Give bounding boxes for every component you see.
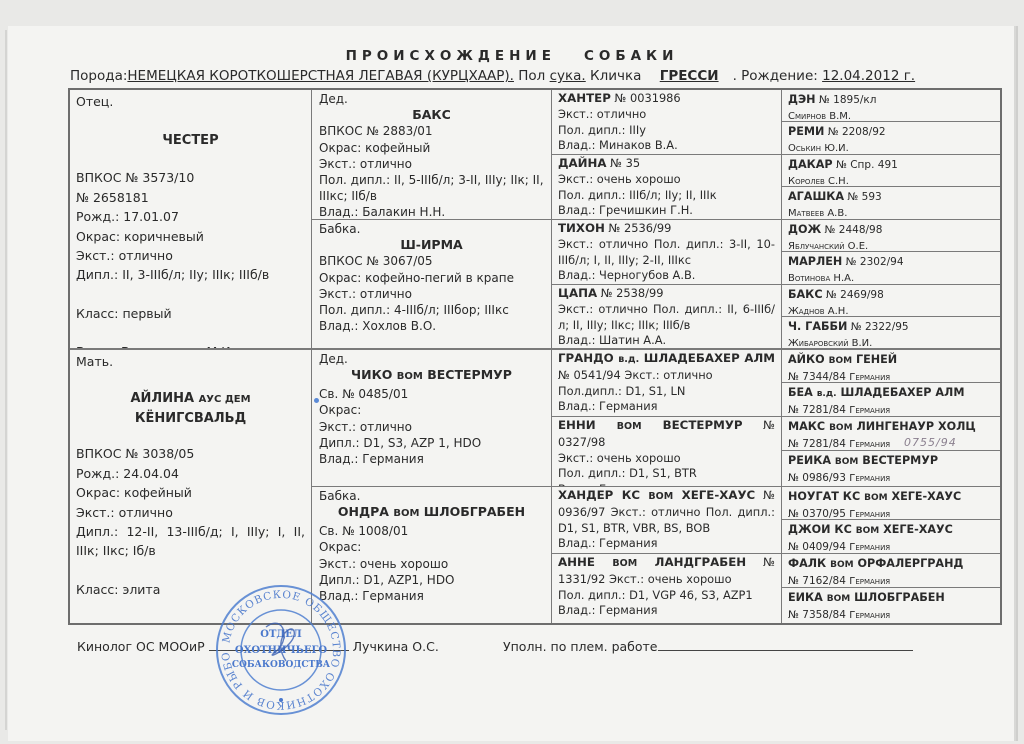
great-grandparent-detail: Экст.: очень хорошо bbox=[558, 172, 775, 188]
gggp-header: ДЭН № 1895/кл bbox=[788, 92, 994, 108]
ggp-name-prefix: ВОМ bbox=[612, 558, 637, 569]
gggp-header: МАРЛЕН № 2302/94 bbox=[788, 254, 994, 270]
gggp-owner-line: Матвеев А.В. bbox=[788, 205, 994, 220]
ggp-name-main: ДАЙНА bbox=[558, 156, 607, 170]
gggp-name-prefix: ВОМ bbox=[856, 526, 879, 536]
great-great-grandparent-cell: Ч. ГАББИ № 2322/95 Жибаровский В.И. bbox=[782, 317, 1000, 350]
grandparent-name-main: БАКС bbox=[412, 107, 451, 122]
grandparent-detail: ВПКОС № 3067/05 bbox=[319, 253, 544, 269]
gggp-name-main: БАКС bbox=[788, 288, 823, 301]
great-great-grandparent-cell: НОУГАТ КС ВОМ ХЕГЕ-ХАУС № 0370/95 Герман… bbox=[782, 487, 1000, 520]
great-grandparent-name: ТИХОН bbox=[558, 221, 605, 235]
mother-name: АЙЛИНА АУС ДЕМ КЁНИГСВАЛЬД bbox=[76, 389, 305, 428]
gggp-owner: Германия bbox=[849, 473, 890, 484]
gggp-name-main: Ч. ГАББИ bbox=[788, 320, 847, 333]
gggp-name-kennel: ХЕГЕ-ХАУС bbox=[883, 523, 953, 536]
great-grandparent-reg: № 2538/99 bbox=[601, 286, 664, 300]
grandparent-detail: Окрас: bbox=[319, 402, 544, 418]
gggp-reg: № 7281/84 bbox=[788, 438, 846, 450]
gggp-name: ДЭН bbox=[788, 93, 816, 106]
gggp-name-main: БЕА bbox=[788, 386, 813, 399]
great-grandparent-reg: № 0031986 bbox=[614, 91, 680, 105]
gggp-name: РЕМИ bbox=[788, 125, 824, 138]
pedigree-table: Отец. ЧЕСТЕР ВПКОС № 3573/10№ 2658181Рож… bbox=[68, 88, 1002, 625]
gggp-name-prefix: ВОМ bbox=[830, 560, 853, 570]
sex-value: сука. bbox=[550, 68, 586, 84]
svg-text:ОТДЕЛ: ОТДЕЛ bbox=[260, 629, 302, 640]
gggp-owner: Германия bbox=[849, 610, 890, 621]
gggp-owner: Жибаровский В.И. bbox=[788, 338, 872, 349]
grandparent-detail: Окрас: кофейно-пегий в крапе bbox=[319, 270, 544, 286]
great-grandparent-detail: Экст.: очень хорошо bbox=[558, 451, 775, 467]
gggp-header: РЕИКА ВОМ ВЕСТЕРМУР bbox=[788, 453, 994, 470]
gggp-owner: Оськин Ю.И. bbox=[788, 143, 849, 154]
breeding-signature: Уполн. по плем. работе bbox=[503, 638, 913, 654]
grandparent-name-prefix: ВОМ bbox=[393, 508, 419, 519]
great-grandparent-detail: Влад.: Гречишкин Г.Н. bbox=[558, 203, 775, 219]
gggp-header: РЕМИ № 2208/92 bbox=[788, 124, 994, 140]
gggp-owner: Германия bbox=[849, 542, 890, 553]
ggp-name-kennel: ВЕСТЕРМУР bbox=[663, 418, 743, 432]
grandparent-detail: Экст.: отлично bbox=[319, 156, 544, 172]
great-grandparent-detail: Влад.: Шатин А.А. bbox=[558, 333, 775, 349]
ggp-name-prefix: ВОМ bbox=[648, 491, 673, 502]
sheet-edge bbox=[5, 30, 7, 730]
detail-line: № 2658181 bbox=[76, 188, 305, 207]
breeding-signature-line bbox=[658, 638, 913, 651]
birth-value: 12.04.2012 г. bbox=[822, 68, 915, 84]
father-role: Отец. bbox=[76, 92, 305, 111]
gggp-name: БАКС bbox=[788, 288, 823, 301]
gggp-owner-line: № 0370/95 Германия bbox=[788, 506, 994, 520]
gggp-header: АЙКО ВОМ ГЕНЕЙ bbox=[788, 352, 994, 369]
great-grandparent-name: ГРАНДО в.д. ШЛАДЕБАХЕР АЛМ bbox=[558, 351, 775, 365]
gggp-owner: Вотинова Н.А. bbox=[788, 273, 854, 284]
great-grandparent-name: ЕННИ ВОМ ВЕСТЕРМУР bbox=[558, 418, 743, 432]
gggp-name-kennel: ГЕНЕЙ bbox=[856, 353, 897, 366]
great-grandparent-header: ДАЙНА № 35 bbox=[558, 156, 775, 172]
great-grandparent-cell: ЦАПА № 2538/99 Экст.: отлично Пол. дипл.… bbox=[552, 285, 782, 350]
gggp-reg: № 0370/95 bbox=[788, 508, 846, 520]
grandparent-cell: Бабка. ОНДРА ВОМ ШЛОБГРАБЕН Св. № 1008/0… bbox=[312, 487, 552, 623]
title-word-dog: СОБАКИ bbox=[584, 48, 678, 64]
gggp-name: МАКС ВОМ ЛИНГЕНАУР ХОЛЦ bbox=[788, 420, 976, 433]
grandparent-name-main: ОНДРА bbox=[338, 504, 389, 519]
detail-line: Рожд.: 24.04.04 bbox=[76, 464, 305, 483]
great-great-grandparent-cell: БАКС № 2469/98 Жаднов А.Н. bbox=[782, 285, 1000, 317]
gggp-owner: Германия bbox=[849, 405, 890, 416]
great-grandparent-detail: Влад.: Минаков В.А. bbox=[558, 138, 775, 154]
gggp-name: ФАЛК ВОМ ОРФАЛЕРГРАНД bbox=[788, 557, 963, 570]
great-grandparent-detail: Пол. дипл.: D1, S1, BTR bbox=[558, 466, 775, 482]
gggp-name: НОУГАТ КС ВОМ ХЕГЕ-ХАУС bbox=[788, 490, 961, 503]
gggp-owner: Смирнов В.М. bbox=[788, 111, 851, 122]
mother-details: ВПКОС № 3038/05Рожд.: 24.04.04Окрас: коф… bbox=[76, 444, 305, 560]
grandparent-cell: Дед. ЧИКО ВОМ ВЕСТЕРМУР Св. № 0485/01Окр… bbox=[312, 350, 552, 487]
gggp-header: ДАКАР № Спр. 491 bbox=[788, 157, 994, 173]
great-grandparent-detail: Экст.: отлично bbox=[558, 107, 775, 123]
grandparent-detail: ВПКОС № 2883/01 bbox=[319, 123, 544, 139]
gggp-owner-line: Жаднов А.Н. bbox=[788, 303, 994, 317]
gggp-name: ДЖОИ КС ВОМ ХЕГЕ-ХАУС bbox=[788, 523, 953, 536]
detail-line: ВПКОС № 3038/05 bbox=[76, 444, 305, 463]
great-grandparent-reg: № 35 bbox=[610, 156, 640, 170]
gggp-name-main: ДАКАР bbox=[788, 158, 833, 171]
father-class: Класс: первый bbox=[76, 304, 305, 323]
gggp-name-main: ДЖОИ КС bbox=[788, 523, 852, 536]
gggp-owner-line: № 7344/84 Германия bbox=[788, 369, 994, 383]
gggp-owner-line: № 7358/84 Германия bbox=[788, 607, 994, 623]
grandparent-detail: Экст.: отлично bbox=[319, 286, 544, 302]
mother-name-main: АЙЛИНА bbox=[130, 391, 194, 406]
grandparent-detail: Пол. дипл.: 4-IIIб/л; IIIбор; IIIкс bbox=[319, 302, 544, 318]
dog-info-line: Порода:НЕМЕЦКАЯ КОРОТКОШЕРСТНАЯ ЛЕГАВАЯ … bbox=[70, 68, 915, 84]
great-grandparent-detail: Влад.: Германия bbox=[558, 399, 775, 415]
ggp-name-kennel: ШЛАДЕБАХЕР АЛМ bbox=[644, 351, 775, 365]
gggp-reg: № 1895/кл bbox=[819, 94, 877, 106]
great-grandparent-reg: № 2536/99 bbox=[609, 221, 672, 235]
great-grandparent-header: ТИХОН № 2536/99 bbox=[558, 221, 775, 237]
mother-name-kennel: КЁНИГСВАЛЬД bbox=[135, 411, 246, 426]
great-grandparent-cell: ГРАНДО в.д. ШЛАДЕБАХЕР АЛМ № 0541/94 Экс… bbox=[552, 350, 782, 417]
gggp-reg: № 2322/95 bbox=[851, 321, 909, 333]
gggp-reg: № Спр. 491 bbox=[836, 159, 898, 171]
mother-role: Мать. bbox=[76, 352, 305, 371]
gggp-name-main: ДЭН bbox=[788, 93, 816, 106]
gggp-name: РЕИКА ВОМ ВЕСТЕРМУР bbox=[788, 454, 938, 467]
grandparent-role: Дед. bbox=[319, 91, 544, 107]
grandparent-detail: Пол. дипл.: II, 5-IIIб/л; 3-II, IIIу; II… bbox=[319, 172, 544, 204]
great-grandparent-detail: Экст.: отлично Пол. дипл.: 3-II, 10-IIIб… bbox=[558, 237, 775, 269]
gggp-name: МАРЛЕН bbox=[788, 255, 842, 268]
gggp-name-prefix: ВОМ bbox=[827, 594, 850, 604]
gggp-name-main: МАРЛЕН bbox=[788, 255, 842, 268]
gggp-name-main: ДОЖ bbox=[788, 223, 821, 236]
grandparent-name: ОНДРА ВОМ ШЛОБГРАБЕН bbox=[319, 504, 544, 522]
great-great-grandparent-cell: РЕИКА ВОМ ВЕСТЕРМУР № 0986/93 Германия bbox=[782, 451, 1000, 487]
great-grandparent-name: ДАЙНА bbox=[558, 156, 607, 170]
gggp-reg: № 7344/84 bbox=[788, 371, 846, 383]
detail-line: ВПКОС № 3573/10 bbox=[76, 168, 305, 187]
grandparent-detail: Св. № 1008/01 bbox=[319, 523, 544, 539]
gggp-reg: № 0986/93 bbox=[788, 472, 846, 484]
great-great-grandparent-cell: БЕА в.д. ШЛАДЕБАХЕР АЛМ № 7281/84 Герман… bbox=[782, 383, 1000, 417]
great-great-grandparent-cell: ФАЛК ВОМ ОРФАЛЕРГРАНД № 7162/84 Германия bbox=[782, 554, 1000, 588]
grandparent-name-prefix: ВОМ bbox=[397, 371, 423, 382]
gggp-header: НОУГАТ КС ВОМ ХЕГЕ-ХАУС bbox=[788, 489, 994, 506]
grandparent-detail: Экст.: отлично bbox=[319, 419, 544, 435]
gggp-owner-line: № 7281/84 Германия bbox=[788, 402, 994, 417]
gggp-name-prefix: в.д. bbox=[817, 389, 837, 399]
great-grandparent-detail: Влад.: Германия bbox=[558, 536, 775, 552]
great-great-grandparent-cell: ДОЖ № 2448/98 Яблучанский О.Е. bbox=[782, 220, 1000, 252]
gggp-owner-line: № 7281/84 Германия bbox=[788, 436, 994, 451]
gggp-name: Ч. ГАББИ bbox=[788, 320, 847, 333]
great-grandparent-detail: Пол.дипл.: D1, S1, LN bbox=[558, 384, 775, 400]
grandparent-detail: Окрас: кофейный bbox=[319, 140, 544, 156]
great-grandparent-detail: Пол. дипл.: IIIб/л; IIу; II, IIIк bbox=[558, 188, 775, 204]
great-grandparent-name: ХАНДЕР КС ВОМ ХЕГЕ-ХАУС bbox=[558, 488, 755, 502]
grandparent-detail: Влад.: Германия bbox=[319, 451, 544, 467]
great-great-grandparent-cell: МАКС ВОМ ЛИНГЕНАУР ХОЛЦ № 7281/84 Герман… bbox=[782, 417, 1000, 451]
gggp-name: АЙКО ВОМ ГЕНЕЙ bbox=[788, 353, 897, 366]
gggp-name-prefix: ВОМ bbox=[829, 423, 852, 433]
nickname-label: Кличка bbox=[590, 68, 641, 84]
birth-label: . Рождение: bbox=[733, 68, 818, 84]
gggp-owner-line: № 0986/93 Германия bbox=[788, 470, 994, 487]
gggp-header: БАКС № 2469/98 bbox=[788, 287, 994, 303]
gggp-header: АГАШКА № 593 bbox=[788, 189, 994, 205]
gggp-name: ДАКАР bbox=[788, 158, 833, 171]
gggp-owner: Германия bbox=[849, 509, 890, 520]
detail-line: Дипл.: 12-II, 13-IIIб/д; I, IIIу; I, II,… bbox=[76, 522, 305, 561]
ggp-name-kennel: ХЕГЕ-ХАУС bbox=[682, 488, 756, 502]
gggp-name-main: АГАШКА bbox=[788, 190, 844, 203]
gggp-name-kennel: ШЛОБГРАБЕН bbox=[854, 591, 945, 604]
gggp-name: БЕА в.д. ШЛАДЕБАХЕР АЛМ bbox=[788, 386, 964, 399]
great-grandparent-header: ХАНТЕР № 0031986 bbox=[558, 91, 775, 107]
gggp-name-main: НОУГАТ КС bbox=[788, 490, 860, 503]
great-grandparent-detail: Влад.: Германия bbox=[558, 603, 775, 619]
great-grandparent-reg: № 0541/94 Экст.: отлично bbox=[558, 368, 713, 382]
gggp-owner-line: Жибаровский В.И. bbox=[788, 335, 994, 350]
grandparent-role: Бабка. bbox=[319, 488, 544, 504]
gggp-owner: Королев С.Н. bbox=[788, 176, 849, 187]
gggp-owner: Жаднов А.Н. bbox=[788, 306, 849, 317]
great-great-grandparent-cell: ДАКАР № Спр. 491 Королев С.Н. bbox=[782, 155, 1000, 187]
cynologist-label: Кинолог ОС МООиР bbox=[77, 639, 205, 654]
great-grandparent-header: ЕННИ ВОМ ВЕСТЕРМУР № 0327/98 bbox=[558, 418, 775, 451]
detail-line: Экст.: отлично bbox=[76, 246, 305, 265]
grandparent-detail: Дипл.: D1, AZP1, HDO bbox=[319, 572, 544, 588]
gggp-header: ДЖОИ КС ВОМ ХЕГЕ-ХАУС bbox=[788, 522, 994, 539]
grandparent-name: Ш-ИРМА bbox=[319, 237, 544, 253]
gggp-owner: Яблучанский О.Е. bbox=[788, 241, 868, 252]
gggp-reg: № 2448/98 bbox=[825, 224, 883, 236]
ggp-name-main: ЕННИ bbox=[558, 418, 596, 432]
great-great-grandparent-cell: АГАШКА № 593 Матвеев А.В. bbox=[782, 187, 1000, 220]
gggp-owner-line: Оськин Ю.И. bbox=[788, 140, 994, 155]
handwritten-note: 0755/94 bbox=[904, 436, 957, 449]
father-owner: Влад.: Владимиров М.И. bbox=[76, 342, 305, 350]
great-great-grandparent-cell: ЕИКА ВОМ ШЛОБГРАБЕН № 7358/84 Германия bbox=[782, 588, 1000, 623]
gggp-name: ЕИКА ВОМ ШЛОБГРАБЕН bbox=[788, 591, 945, 604]
grandparent-name: ЧИКО ВОМ ВЕСТЕРМУР bbox=[319, 367, 544, 385]
sex-label: Пол bbox=[518, 68, 545, 84]
gggp-owner-line: № 7162/84 Германия bbox=[788, 573, 994, 588]
gggp-name-main: АЙКО bbox=[788, 353, 825, 366]
great-grandparent-cell: ЕННИ ВОМ ВЕСТЕРМУР № 0327/98 Экст.: очен… bbox=[552, 417, 782, 487]
great-grandparent-header: ЦАПА № 2538/99 bbox=[558, 286, 775, 302]
grandparent-detail: Влад.: Хохлов В.О. bbox=[319, 318, 544, 334]
father-cell: Отец. ЧЕСТЕР ВПКОС № 3573/10№ 2658181Рож… bbox=[70, 90, 312, 350]
great-grandparent-detail: Экст.: отлично Пол. дипл.: II, 6-IIIб/л;… bbox=[558, 302, 775, 334]
great-grandparent-name: ЦАПА bbox=[558, 286, 597, 300]
ggp-name-main: ЦАПА bbox=[558, 286, 597, 300]
great-grandparent-header: ХАНДЕР КС ВОМ ХЕГЕ-ХАУС № 0936/97 Экст.:… bbox=[558, 488, 775, 536]
grandparent-detail: Дипл.: D1, S3, AZP 1, HDO bbox=[319, 435, 544, 451]
gggp-reg: № 2302/94 bbox=[846, 256, 904, 268]
gggp-name-kennel: ХЕГЕ-ХАУС bbox=[891, 490, 961, 503]
title-word-origin: ПРОИСХОЖДЕНИЕ bbox=[346, 48, 556, 64]
grandparent-cell: Дед. БАКС ВПКОС № 2883/01Окрас: кофейный… bbox=[312, 90, 552, 220]
father-name: ЧЕСТЕР bbox=[76, 131, 305, 150]
detail-line: Окрас: кофейный bbox=[76, 483, 305, 502]
gggp-owner-line: Вотинова Н.А. bbox=[788, 270, 994, 285]
gggp-owner-line: Смирнов В.М. bbox=[788, 108, 994, 122]
breeding-label: Уполн. по плем. работе bbox=[503, 639, 658, 654]
detail-line: Окрас: коричневый bbox=[76, 227, 305, 246]
grandparent-name-kennel: ВЕСТЕРМУР bbox=[427, 367, 512, 382]
svg-text:СОБАКОВОДСТВА: СОБАКОВОДСТВА bbox=[232, 660, 331, 670]
grandparent-detail: Окрас: bbox=[319, 539, 544, 555]
ggp-name-main: ХАНТЕР bbox=[558, 91, 611, 105]
detail-line: Дипл.: II, 3-IIIб/л; IIу; IIIк; IIIб/в bbox=[76, 265, 305, 284]
ggp-name-kennel: ЛАНДГРАБЕН bbox=[655, 555, 747, 569]
ggp-name-prefix: ВОМ bbox=[617, 421, 642, 432]
great-grandparent-name: АННЕ ВОМ ЛАНДГРАБЕН bbox=[558, 555, 746, 569]
gggp-reg: № 0409/94 bbox=[788, 541, 846, 553]
gggp-reg: № 7358/84 bbox=[788, 609, 846, 621]
great-grandparent-cell: ДАЙНА № 35 Экст.: очень хорошоПол. дипл.… bbox=[552, 155, 782, 220]
great-grandparent-cell: ХАНТЕР № 0031986 Экст.: отличноПол. дипл… bbox=[552, 90, 782, 155]
great-grandparent-cell: ХАНДЕР КС ВОМ ХЕГЕ-ХАУС № 0936/97 Экст.:… bbox=[552, 487, 782, 554]
great-grandparent-cell: АННЕ ВОМ ЛАНДГРАБЕН № 1331/92 Экст.: оче… bbox=[552, 554, 782, 623]
gggp-header: Ч. ГАББИ № 2322/95 bbox=[788, 319, 994, 335]
great-grandparent-cell: ТИХОН № 2536/99 Экст.: отлично Пол. дипл… bbox=[552, 220, 782, 285]
gggp-header: ДОЖ № 2448/98 bbox=[788, 222, 994, 238]
cynologist-name: Лучкина О.С. bbox=[353, 639, 439, 654]
great-great-grandparent-cell: РЕМИ № 2208/92 Оськин Ю.И. bbox=[782, 122, 1000, 155]
gggp-name-main: ЕИКА bbox=[788, 591, 823, 604]
detail-line: Рожд.: 17.01.07 bbox=[76, 207, 305, 226]
great-great-grandparent-cell: АЙКО ВОМ ГЕНЕЙ № 7344/84 Германия bbox=[782, 350, 1000, 383]
great-great-grandparent-cell: ДЖОИ КС ВОМ ХЕГЕ-ХАУС № 0409/94 Германия bbox=[782, 520, 1000, 554]
gggp-name-prefix: ВОМ bbox=[829, 356, 852, 366]
grandparent-name-main: Ш-ИРМА bbox=[400, 237, 462, 252]
document-title: ПРОИСХОЖДЕНИЕСОБАКИ bbox=[0, 48, 1024, 64]
ggp-name-main: АННЕ bbox=[558, 555, 595, 569]
grandparent-name: БАКС bbox=[319, 107, 544, 123]
grandparent-role: Бабка. bbox=[319, 221, 544, 237]
mother-name-prefix: АУС ДЕМ bbox=[199, 394, 251, 405]
gggp-reg: № 2469/98 bbox=[826, 289, 884, 301]
gggp-name-kennel: ШЛАДЕБАХЕР АЛМ bbox=[840, 386, 964, 399]
gggp-header: БЕА в.д. ШЛАДЕБАХЕР АЛМ bbox=[788, 385, 994, 402]
gggp-name: ДОЖ bbox=[788, 223, 821, 236]
gggp-reg: № 7162/84 bbox=[788, 575, 846, 587]
nickname-value: ГРЕССИ bbox=[646, 68, 733, 84]
great-grandparent-detail: Пол. дипл.: D1, VGP 46, S3, AZP1 bbox=[558, 588, 775, 604]
ggp-name-main: ТИХОН bbox=[558, 221, 605, 235]
grandparent-detail: Экст.: очень хорошо bbox=[319, 556, 544, 572]
gggp-name-prefix: ВОМ bbox=[835, 457, 858, 467]
grandparent-detail: Влад.: Балакин Н.Н. bbox=[319, 204, 544, 220]
grandparent-detail: Св. № 0485/01 bbox=[319, 386, 544, 402]
great-grandparent-detail: Пол. дипл.: IIIу bbox=[558, 123, 775, 139]
gggp-owner: Германия bbox=[849, 576, 890, 587]
breed-value: НЕМЕЦКАЯ КОРОТКОШЕРСТНАЯ ЛЕГАВАЯ (КУРЦХА… bbox=[127, 68, 514, 84]
stamp-seal-icon: МОСКОВСКОЕ ОБЩЕСТВО ОХОТНИКОВ И РЫБОЛОВО… bbox=[214, 583, 348, 717]
gggp-owner: Матвеев А.В. bbox=[788, 208, 847, 219]
great-grandparent-header: ГРАНДО в.д. ШЛАДЕБАХЕР АЛМ № 0541/94 Экс… bbox=[558, 351, 775, 384]
gggp-name-prefix: ВОМ bbox=[864, 493, 887, 503]
gggp-name-main: РЕИКА bbox=[788, 454, 831, 467]
gggp-name-main: РЕМИ bbox=[788, 125, 824, 138]
ggp-name-main: ГРАНДО bbox=[558, 351, 614, 365]
great-great-grandparent-cell: МАРЛЕН № 2302/94 Вотинова Н.А. bbox=[782, 252, 1000, 285]
grandparent-name-main: ЧИКО bbox=[351, 367, 392, 382]
gggp-owner-line: № 0409/94 Германия bbox=[788, 539, 994, 554]
grandparent-role: Дед. bbox=[319, 351, 544, 367]
gggp-name-main: ФАЛК bbox=[788, 557, 826, 570]
gggp-header: МАКС ВОМ ЛИНГЕНАУР ХОЛЦ bbox=[788, 419, 994, 436]
gggp-owner: Германия bbox=[849, 372, 890, 383]
grandparent-detail: Влад.: Германия bbox=[319, 588, 544, 604]
gggp-reg: № 2208/92 bbox=[828, 126, 886, 138]
great-grandparent-name: ХАНТЕР bbox=[558, 91, 611, 105]
breed-label: Порода: bbox=[70, 68, 127, 84]
gggp-name-main: МАКС bbox=[788, 420, 825, 433]
ggp-name-prefix: в.д. bbox=[618, 354, 639, 365]
gggp-name-kennel: ОРФАЛЕРГРАНД bbox=[857, 557, 963, 570]
grandparent-cell: Бабка. Ш-ИРМА ВПКОС № 3067/05Окрас: кофе… bbox=[312, 220, 552, 350]
great-great-grandparent-cell: ДЭН № 1895/кл Смирнов В.М. bbox=[782, 90, 1000, 122]
great-grandparent-header: АННЕ ВОМ ЛАНДГРАБЕН № 1331/92 Экст.: оче… bbox=[558, 555, 775, 588]
gggp-owner-line: Королев С.Н. bbox=[788, 173, 994, 187]
gggp-owner: Германия bbox=[849, 439, 890, 450]
gggp-name-kennel: ЛИНГЕНАУР ХОЛЦ bbox=[856, 420, 975, 433]
gggp-header: ФАЛК ВОМ ОРФАЛЕРГРАНД bbox=[788, 556, 994, 573]
gggp-owner-line: Яблучанский О.Е. bbox=[788, 238, 994, 252]
father-details: ВПКОС № 3573/10№ 2658181Рожд.: 17.01.07О… bbox=[76, 168, 305, 284]
detail-line: Экст.: отлично bbox=[76, 503, 305, 522]
gggp-reg: № 593 bbox=[847, 191, 881, 203]
great-grandparent-detail: Влад.: Черногубов А.В. bbox=[558, 268, 775, 284]
gggp-name: АГАШКА bbox=[788, 190, 844, 203]
ink-dot bbox=[314, 398, 319, 403]
gggp-name-kennel: ВЕСТЕРМУР bbox=[862, 454, 938, 467]
gggp-reg: № 7281/84 bbox=[788, 404, 846, 416]
grandparent-name-kennel: ШЛОБГРАБЕН bbox=[424, 504, 525, 519]
gggp-header: ЕИКА ВОМ ШЛОБГРАБЕН bbox=[788, 590, 994, 607]
ggp-name-main: ХАНДЕР КС bbox=[558, 488, 640, 502]
